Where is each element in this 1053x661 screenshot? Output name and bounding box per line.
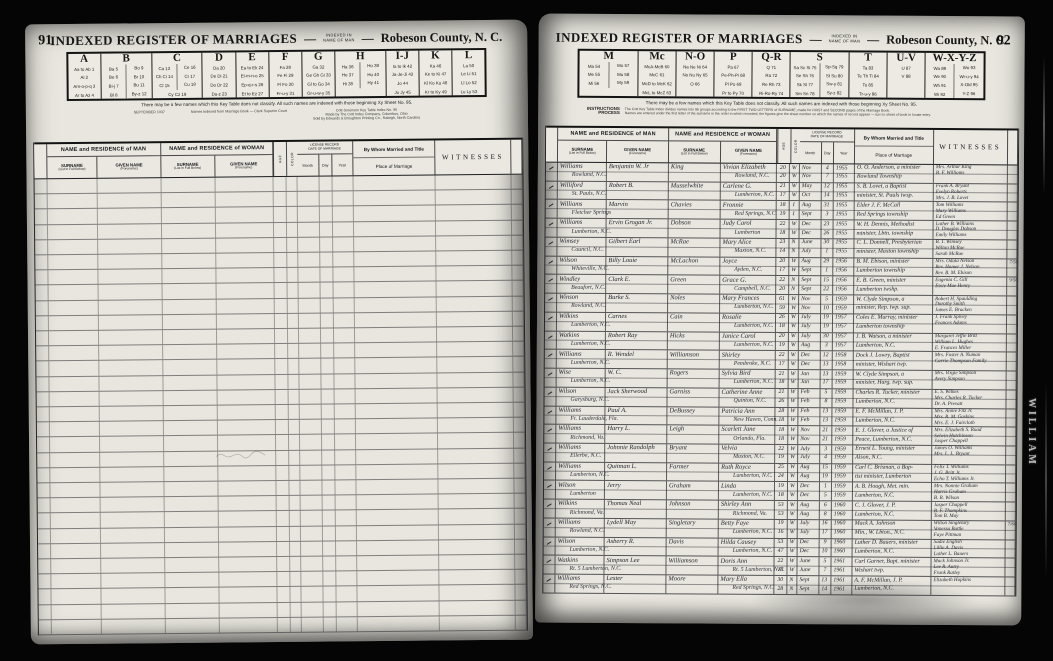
key-row: Ge Gh Gi 33 — [302, 71, 334, 80]
key-cell: Ga 32 — [302, 64, 334, 69]
marriage-day: 910 — [819, 539, 831, 557]
key-cell: He 37 — [336, 73, 360, 78]
woman-given-name: Betty FayeLumberton, N.C. — [718, 520, 775, 538]
dash: — — [304, 31, 316, 46]
register-table-right: NAME and RESIDENCE of MANSURNAME(List in… — [542, 126, 1019, 597]
marriage-day: 68 — [819, 501, 831, 519]
dash: — — [867, 32, 879, 47]
man-given-name: Lester — [605, 575, 666, 593]
key-column: LLa 50Le Li 51Ll Lo 52Lu Ly 53 — [452, 50, 485, 96]
woman-given-name: Patricia AnnNew Haven, Conn. — [719, 407, 776, 425]
age-header: AGE — [273, 142, 286, 176]
age-man-woman: 2618 — [776, 314, 788, 332]
key-letter: I-J — [386, 51, 418, 62]
key-column: W-X-Y-ZWa 89Wo 93We 90Wr-u-y 94Wh 91X-Ol… — [926, 53, 984, 99]
marriage-year: 19601960 — [831, 539, 852, 557]
key-cell: Ta 83 — [849, 65, 886, 70]
key-cell: Aa to Ab 1 — [68, 67, 100, 72]
woman-given-name: Hilda CauseyLumberton, N.C. — [718, 538, 775, 556]
key-row: Gr-u-w-y 35 — [303, 88, 335, 97]
officiant-and-place: Charles R. Tucker, ministerLumberton, N.… — [853, 389, 932, 407]
key-letter: A — [68, 54, 100, 65]
man-surname: WilliamsEllerbe, N.C. — [556, 444, 605, 462]
margin-note — [1007, 165, 1017, 183]
officiant-and-place: Coles E. Murray, ministerLumberton towns… — [854, 314, 933, 332]
woman-surname: Farmer — [667, 463, 719, 481]
officiant-and-place: W. H. Dennis, Methodistminister, Lbtn. t… — [854, 221, 933, 239]
age-man-woman: 1918 — [775, 482, 787, 500]
officiant-and-place: B. M. Ebison, ministerLumberton township — [854, 258, 933, 276]
key-letter: Mc — [638, 51, 675, 62]
key-cell: Et to Ez 27 — [236, 91, 268, 96]
officiant-and-place: E. B. Green, ministerLumberton twshp. — [854, 277, 933, 295]
woman-given-name: FronnieRed Springs, N.C. — [720, 201, 777, 219]
key-row: Fa 28 — [269, 63, 301, 72]
key-cell: Mo 57 — [608, 62, 637, 71]
man-surname: WiseLumberton, N.C. — [557, 369, 606, 387]
marriage-day: 2121 — [820, 427, 832, 445]
key-cell: Sw-y 81 — [819, 80, 848, 89]
key-column: MMa 54Mo 57Me 55Mu 58Mi 56My 59 — [580, 51, 639, 97]
witnesses-header: WITNESSES — [934, 130, 1008, 164]
marriage-year: 19591959 — [832, 408, 853, 426]
marriage-year: 19591959 — [832, 464, 853, 482]
man-surname: WindleyBeaufort, N.C. — [557, 275, 606, 293]
margin-note — [1005, 503, 1015, 521]
table-header-right: NAME and RESIDENCE of MANSURNAME(List in… — [546, 126, 1018, 166]
age-man-woman: 2126 — [776, 389, 788, 407]
page-title-left: INDEXED REGISTER OF MARRIAGES — INDEXED … — [25, 20, 527, 50]
marriage-year: 19591959 — [832, 445, 853, 463]
color-man-woman: WW — [788, 333, 798, 351]
key-cell: Wh 91 — [926, 83, 954, 88]
key-cell: Sm Sn 78 — [791, 91, 819, 96]
woman-surname-header: SURNAME(List in Full Below) — [669, 141, 721, 162]
key-column: I-JIa to Ik 42Ja-Je-Ji 43Jo 44Ju Jy 45 — [386, 51, 420, 97]
margin-note — [1006, 353, 1016, 371]
key-column: N-ONa Ne Ni 64No Nu Ny 65O 66 — [676, 51, 714, 97]
key-row — [676, 88, 713, 97]
woman-surname: Moore — [666, 575, 718, 593]
key-column: SSa Sc Si 75Sp-Sq 79Se Sh 76St Su 80Sk S… — [791, 52, 850, 98]
officiant-and-place: S. B. Lovet, a Baptistminister, St. Paul… — [854, 183, 933, 201]
tick-mark — [547, 504, 552, 508]
marriage-year: 19571957 — [833, 314, 854, 332]
key-cell: Cy Cz 19 — [152, 91, 202, 96]
entry-index-mark — [545, 294, 557, 312]
marriage-year: 19591959 — [832, 483, 853, 501]
key-cell: Fl Fo 30 — [269, 82, 301, 87]
man-given-name: Jack Sherwood — [606, 388, 667, 406]
key-cell: Pl Po 69 — [715, 82, 752, 87]
witnesses: Mrs. Odala NelsonRev. Homer J. NelsonRev… — [933, 259, 1007, 277]
tick-mark — [547, 579, 552, 583]
key-row: Tr-u-y 86 — [849, 89, 886, 98]
scan-smudge — [749, 578, 979, 621]
key-cell: Kr to Ky 49 — [420, 89, 452, 94]
key-cell: Wo 93 — [954, 64, 983, 73]
entry-index-mark — [543, 575, 555, 593]
entry-index-mark — [544, 519, 556, 537]
key-row: Sa Sc Si 75Sp-Sq 79 — [791, 63, 849, 72]
man-given-name: Harry L. — [606, 425, 667, 443]
officiant-and-place: Ernest L. Young, ministerAlson, N.C. — [853, 445, 932, 463]
man-name-group-header: NAME and RESIDENCE of MAN — [47, 143, 161, 157]
key-letter: N-O — [677, 51, 714, 62]
man-given-name-header: GIVEN NAME(Forename) — [98, 156, 162, 178]
tick-mark — [549, 166, 554, 170]
marriage-year: 19571957 — [833, 333, 854, 351]
marriage-day: 1214 — [821, 183, 833, 201]
witnesses: Robert H. SpauldingDorothy SmithJames E.… — [933, 296, 1007, 314]
margin-note: 7/60 — [1005, 521, 1015, 539]
key-row: Ra 72 — [753, 71, 790, 80]
marriage-day: 1919 — [821, 314, 833, 332]
title-text: INDEXED REGISTER OF MARRIAGES — [556, 30, 803, 48]
marriage-month: MayOct — [800, 183, 822, 201]
key-cell: Ka 46 — [419, 63, 451, 68]
witnesses: Mack Johnson Jr.Lee R. AutryFrank Ratley — [931, 558, 1005, 576]
man-surname: WilkinsLumberton, N.C. — [557, 313, 606, 331]
key-row: Ma 54Mo 57 — [580, 62, 638, 71]
man-given-name: Ervin Grogan Jr. — [607, 219, 668, 237]
key-cell: Jo 44 — [386, 81, 418, 86]
row-number-header — [34, 144, 47, 178]
key-column: AAa to Ab 1Al 2Am-o-p-q 3Ar to Az 4 — [68, 54, 102, 100]
marriage-day: 34 — [820, 445, 832, 463]
color-man-woman: WW — [788, 351, 798, 369]
marriage-month: JulyAug — [799, 333, 821, 351]
marriage-day: 1213 — [820, 352, 832, 370]
color-man-woman: WW — [788, 426, 798, 444]
woman-surname: Williamson — [666, 557, 718, 575]
key-table-left: AAa to Ab 1Al 2Am-o-p-q 3Ar to Az 4BBa 5… — [66, 48, 487, 101]
key-cell: Ge Gh Gi 33 — [302, 73, 334, 78]
age-man-woman: 2219 — [775, 445, 787, 463]
marriage-day: 291 — [821, 258, 833, 276]
woman-given-name: Judy CarolLumberton — [720, 220, 777, 238]
key-cell: Pa 67 — [715, 64, 752, 69]
man-given-name: Asberry R. — [605, 538, 666, 556]
woman-given-name: Scarlett JaneOrlando, Fla. — [719, 426, 776, 444]
key-cell: Du-z 23 — [203, 91, 235, 96]
age-man-woman: 2818 — [776, 408, 788, 426]
officiant-and-place: Luther D. Bauers, ministerLumberton, N.C… — [852, 539, 931, 557]
woman-given-name: Vivian ElizabethRowland, N.C. — [720, 164, 777, 182]
woman-surname: Williamson — [667, 351, 719, 369]
key-row: Kl Ko Ku 48 — [420, 79, 452, 88]
entry-index-mark — [544, 406, 556, 424]
woman-surname: Bryant — [667, 444, 719, 462]
key-row: Jo 44 — [386, 79, 418, 88]
witnesses: Mrs. Elizabeth S. RoadSelwin HutchinsonJ… — [932, 427, 1006, 445]
key-cell: El-m-n-o 25 — [236, 73, 268, 78]
entry-index-mark — [543, 556, 555, 574]
woman-given-name: Ruth RoyceLumberton, N.C. — [719, 463, 776, 481]
marriage-day: 57 — [819, 558, 831, 576]
witnesses: Frank A. BryantEvelyn RobertsMrs. J. B. … — [934, 184, 1008, 202]
key-cell: Ri-Ro-Ry 74 — [753, 90, 790, 95]
key-cell: Hi 38 — [336, 81, 360, 86]
woman-surname: Leigh — [667, 426, 719, 444]
key-cell: Gl to Go 34 — [302, 81, 334, 86]
key-row: Ll Lo 52 — [453, 78, 485, 87]
woman-surname: Rogers — [667, 369, 719, 387]
key-cell: Am-o-p-q 3 — [68, 84, 100, 89]
key-row: Ea to Ek 24 — [236, 63, 268, 72]
marriage-day: 58 — [820, 389, 832, 407]
woman-given-name: Mary FrancesLumberton, N.C. — [720, 295, 777, 313]
key-column: GGa 32Ge Gh Gi 33Gl to Go 34Gr-u-w-y 35 — [302, 51, 336, 97]
woman-name-group-header: NAME and RESIDENCE of WOMAN — [161, 142, 273, 156]
key-row: Ja-Je-Ji 43 — [386, 70, 418, 79]
man-surname: WimseyCouncil, N.C. — [558, 238, 607, 256]
key-row: Kr to Ky 49 — [420, 87, 452, 96]
woman-surname: McRae — [668, 238, 720, 256]
key-cell: McL to McZ 63 — [638, 90, 675, 95]
margin-note — [1007, 222, 1017, 240]
marriage-month: DecDec — [799, 351, 821, 369]
instructions-label: INSTRUCTIONSPROCESS — [587, 107, 620, 116]
key-cell: Kl Ko Ku 48 — [420, 80, 452, 85]
key-cell: Se Sh 76 — [791, 73, 819, 78]
entry-index-mark — [545, 275, 557, 293]
instructions-text: The Cott Key Table Index divides names i… — [625, 107, 931, 117]
woman-given-name: Grace G.Campbell, N.C. — [720, 276, 777, 294]
entry-index-mark — [546, 219, 558, 237]
license-record-header: LICENSE RECORDDATE OF MARRIAGE — [800, 129, 855, 142]
color-man-woman: WW — [787, 557, 797, 575]
key-row: Se Sh 76St Su 80 — [791, 72, 849, 81]
key-cell: U 87 — [888, 65, 925, 70]
marriage-year: 19601960 — [832, 502, 853, 520]
marriage-month: JulyJuly — [799, 314, 821, 332]
day-header: Day — [319, 154, 332, 175]
marriage-day: 15 — [819, 483, 831, 501]
fine-print-date: SEPTEMBER 1937 — [134, 110, 165, 115]
woman-surname: Graham — [667, 482, 719, 500]
key-cell: Ca 13 — [152, 66, 176, 71]
color-man-woman: WW — [788, 370, 798, 388]
key-row: Sm Sn 78Sy-z 82 — [791, 89, 849, 98]
marriage-day: 313 — [821, 202, 833, 220]
fine-print-line: Names are entered under the first letter… — [625, 111, 931, 117]
key-row: La 50 — [453, 61, 485, 70]
marriage-year: 19581958 — [833, 352, 854, 370]
witnesses: Jasper ChappellB. F. ThompkinsTom B. May — [932, 502, 1006, 520]
age-man-woman: 2217 — [776, 351, 788, 369]
key-letter: E — [236, 52, 268, 63]
key-row: Ju Jy 45 — [387, 87, 419, 96]
tick-mark — [548, 260, 553, 264]
marriage-day: 303 — [820, 333, 832, 351]
key-cell: Ke to Ki 47 — [420, 72, 452, 77]
color-header: COLOR — [286, 142, 297, 176]
key-column: TTa 83Te Th Ti 84To 85Tr-u-y 86 — [849, 52, 887, 98]
key-cell: Br 10 — [126, 73, 152, 82]
woman-given-name-header: GIVEN NAME(Forename) — [215, 155, 274, 177]
indexed-in-label: INDEXED IN NAME OF MAN — [323, 34, 355, 43]
key-cell: Sy-z 82 — [819, 89, 848, 98]
film-edge-label: WILLIAM — [1026, 398, 1037, 530]
key-row: Fe Fi 29 — [269, 71, 301, 80]
marriage-year: 19591959 — [832, 370, 853, 388]
key-row: McC 61 — [638, 71, 675, 80]
margin-note: 9/56 — [1007, 278, 1017, 296]
key-row: Ta 83 — [849, 63, 886, 72]
key-cell: Sp-Sq 79 — [819, 63, 848, 72]
entry-index-mark — [545, 369, 557, 387]
key-cell: Da 20 — [203, 65, 235, 70]
entry-index-mark — [546, 181, 558, 199]
blank-row — [39, 616, 527, 636]
fine-print-line: Sold by Edwards & Broughton Printing Co.… — [313, 116, 420, 121]
key-row: Ka 46 — [419, 61, 451, 70]
key-cell: No Nu Ny 65 — [676, 73, 713, 78]
man-given-name: Robert B. — [607, 182, 668, 200]
key-letter: F — [269, 52, 301, 63]
marriage-month: JanJan — [798, 370, 820, 388]
marriage-day: 47 — [821, 164, 833, 182]
tick-mark — [547, 485, 552, 489]
fine-print-center: Names Indexed from Marriage Book — Clerk… — [191, 109, 287, 114]
woman-given-name: ShirleyPembroke, N.C. — [719, 351, 776, 369]
man-given-name-header: GIVEN NAME(Forename) — [607, 141, 668, 162]
officiant-header: By Whom Married and TitlePlace of Marria… — [353, 140, 435, 175]
witnesses: Tom WilliamsMary WilliamsEd Green — [934, 202, 1008, 220]
key-row — [887, 81, 924, 90]
man-given-name: Johnnie Randolph — [605, 444, 666, 462]
marriage-year: 19551955 — [833, 239, 854, 257]
key-row: Ep-q-r-s 26 — [236, 80, 268, 89]
man-given-name: Robert Ray — [606, 332, 667, 350]
color-man-woman: WW — [788, 464, 798, 482]
key-cell: McC 61 — [638, 73, 675, 78]
key-cell: Y-Z 96 — [954, 90, 983, 99]
key-cell: De Di 21 — [203, 74, 235, 79]
entry-index-mark — [545, 238, 557, 256]
key-cell: Ba 5 — [101, 66, 125, 71]
page-title-right: INDEXED REGISTER OF MARRIAGES — INDEXED … — [539, 14, 1025, 49]
man-surname: WilliamsLumberton, N.C. — [556, 462, 605, 480]
key-row: We 90Wr-u-y 94 — [926, 72, 984, 81]
license-record-header: LICENSE RECORDDATE OF MARRIAGE — [297, 141, 354, 155]
key-cell: Sa Sc Si 75 — [791, 65, 819, 70]
key-cell: Ja-Je-Ji 43 — [386, 72, 418, 77]
key-cell: Hu 40 — [360, 71, 386, 80]
key-cell: Ha 36 — [335, 64, 359, 69]
woman-given-name: Mary AliceMaxton, N.C. — [720, 239, 777, 257]
tick-mark — [548, 391, 553, 395]
man-surname: WatkinsRt. 5 Lumberton, N.C. — [556, 556, 605, 574]
key-row: McL to McZ 63 — [638, 88, 675, 97]
key-row: Gl to Go 34 — [302, 80, 334, 89]
tick-mark — [549, 185, 554, 189]
key-row: Mi 56My 59 — [580, 79, 638, 88]
marriage-day: 510 — [821, 295, 833, 313]
marriage-month: DecDec — [797, 539, 819, 557]
witnesses: Mrs. Foster A. NumanCarrie Thompson Fami… — [933, 352, 1007, 370]
key-column: EEa to Ek 24El-m-n-o 25Ep-q-r-s 26Et to … — [236, 52, 270, 98]
witnesses: Mrs. Annie Fitz Jr.Mrs. R. M. GaskinsMrs… — [932, 408, 1006, 426]
key-column: McMcA-McB 60McC 61McD to McK 62McL to Mc… — [638, 51, 676, 97]
key-cell: Mi 56 — [580, 81, 608, 86]
pencil-mark — [214, 450, 268, 461]
key-row: Re Rh 73 — [753, 80, 790, 89]
margin-note — [1007, 203, 1017, 221]
tick-mark — [548, 279, 553, 283]
man-given-name: Marvin — [607, 200, 668, 218]
key-row: Cy Cz 19 — [152, 90, 202, 99]
marriage-month: DecDec — [799, 220, 821, 238]
man-surname: WilsonLumberton — [556, 481, 605, 499]
man-surname: WilsonWhiteville, N.C. — [558, 256, 607, 274]
margin-note — [1006, 334, 1016, 352]
officiant-and-place: W. Clyde Simpson, aminister, Harg. twp. … — [853, 371, 932, 389]
man-surname: WinsonRowland, N.C. — [557, 294, 606, 312]
key-table-right: MMa 54Mo 57Me 55Mu 58Mi 56My 59McMcA-McB… — [578, 49, 986, 101]
key-cell: To 85 — [849, 82, 886, 87]
marriage-month: NovNov — [800, 164, 822, 182]
man-given-name: Lydell May — [605, 519, 666, 537]
key-row — [580, 88, 638, 97]
entry-index-mark — [544, 425, 556, 443]
key-letter: W-X-Y-Z — [926, 53, 984, 64]
key-letter: Q-R — [753, 52, 790, 63]
row-number-header — [546, 128, 558, 162]
key-column: U-VU 87V 88 — [887, 53, 925, 99]
key-row: Wh 91X-Old 95 — [926, 81, 984, 90]
key-cell: Be 6 — [101, 75, 125, 80]
woman-surname: Garniss — [667, 388, 719, 406]
age-man-woman: 5347 — [775, 539, 787, 557]
margin-note — [1005, 484, 1015, 502]
man-surname: WilsonGarysburg, N.C. — [557, 387, 606, 405]
age-man-woman: 2314 — [777, 239, 789, 257]
entry-index-mark — [544, 462, 556, 480]
marriage-day: 1519 — [820, 464, 832, 482]
entry-index-mark — [544, 500, 556, 518]
key-cell: Bi-j 7 — [101, 83, 125, 88]
key-row: Le Li 51 — [453, 70, 485, 79]
marriage-month: JuneJuly — [799, 239, 821, 257]
key-column: CCa 13Ce 16Ch Ci 14Cr 17Cl 15Cu 18Cy Cz … — [152, 53, 203, 99]
color-man-woman: WW — [788, 389, 798, 407]
man-surname-header: SURNAME(List in Full Below) — [558, 141, 607, 162]
key-row: Ga 32 — [302, 62, 334, 71]
marriage-month: JuneJune — [797, 558, 819, 576]
key-cell: Hy 41 — [360, 79, 386, 88]
woman-surname: Musselwhite — [668, 182, 720, 200]
year-header: Year — [332, 154, 354, 175]
margin-note — [1006, 315, 1016, 333]
page-number-right: 92 — [997, 33, 1011, 49]
key-row: Al 2 — [68, 73, 100, 82]
key-letter: H — [335, 51, 385, 62]
color-man-woman: II — [789, 202, 799, 220]
key-column: HHa 36Ho 39He 37Hu 40Hi 38Hy 41 — [335, 51, 386, 97]
witnesses: James O. WilliamsMrs. L. L. Bryant — [932, 446, 1006, 464]
marriage-month: JulyJuly — [798, 520, 820, 538]
key-row: Me 55Mu 58 — [580, 70, 638, 79]
key-letter: U-V — [888, 53, 925, 64]
key-row — [336, 88, 386, 97]
age-man-woman: 6159 — [776, 295, 788, 313]
woman-surname: Hicks — [668, 332, 720, 350]
man-given-name: Burke S. — [606, 294, 667, 312]
marriage-year: 19561956 — [833, 277, 854, 295]
woman-given-name-header: GIVEN NAME(Forename) — [721, 142, 778, 163]
